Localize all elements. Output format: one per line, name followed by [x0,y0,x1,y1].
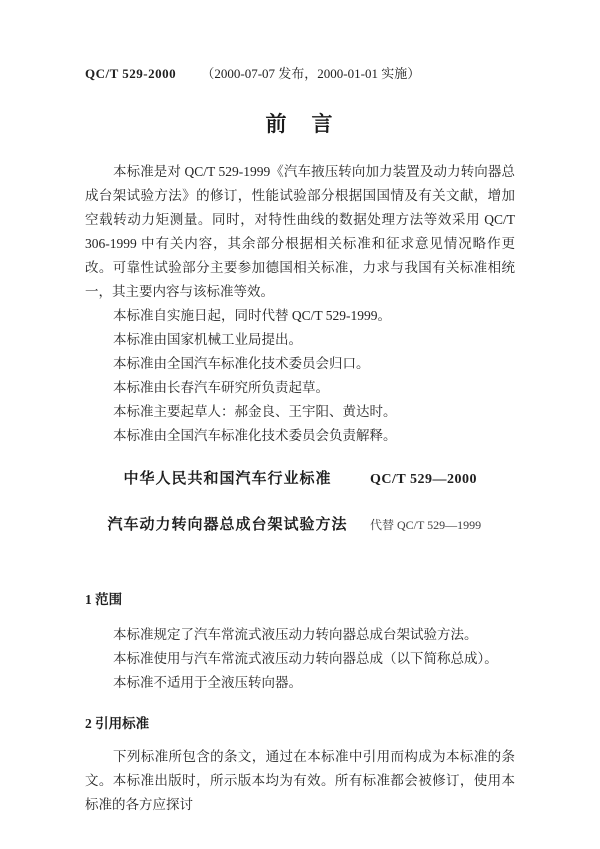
standard-class-row: 中华人民共和国汽车行业标准 QC/T 529—2000 [85,467,515,492]
replaces-note: 代替 QC/T 529—1999 [370,513,481,537]
foreword-paragraph: 本标准主要起草人：郝金良、王宇阳、黄达时。 [85,400,515,424]
standard-title: 汽车动力转向器总成台架试验方法 [85,513,370,537]
publish-implement-dates: （2000-07-07 发布，2000-01-01 实施） [201,66,420,81]
section-paragraph: 下列标准所包含的条文，通过在本标准中引用而构成为本标准的条文。本标准出版时，所示… [85,745,515,817]
foreword-paragraph: 本标准由全国汽车标准化技术委员会负责解释。 [85,424,515,448]
foreword-paragraph: 本标准由长春汽车研究所负责起草。 [85,376,515,400]
document-code: QC/T 529-2000 [85,66,176,81]
standard-number: QC/T 529—2000 [370,468,477,492]
foreword-body: 本标准是对 QC/T 529-1999《汽车掖压转向加力装置及动力转向器总成台架… [85,160,515,448]
document-page: QC/T 529-2000 （2000-07-07 发布，2000-01-01 … [0,0,600,849]
standard-class-label: 中华人民共和国汽车行业标准 [85,467,370,491]
foreword-paragraph: 本标准由国家机械工业局提出。 [85,328,515,352]
standard-title-row: 汽车动力转向器总成台架试验方法 代替 QC/T 529—1999 [85,513,515,537]
foreword-paragraph: 本标准由全国汽车标准化技术委员会归口。 [85,352,515,376]
foreword-paragraph: 本标准是对 QC/T 529-1999《汽车掖压转向加力装置及动力转向器总成台架… [85,160,515,304]
section-scope: 1 范围 本标准规定了汽车常流式液压动力转向器总成台架试验方法。 本标准使用与汽… [85,588,515,695]
section-heading-references: 2 引用标准 [85,712,515,736]
foreword-paragraph: 本标准自实施日起，同时代替 QC/T 529-1999。 [85,304,515,328]
section-paragraph: 本标准使用与汽车常流式液压动力转向器总成（以下简称总成）。 [85,647,515,671]
section-paragraph: 本标准不适用于全液压转向器。 [85,671,515,695]
section-paragraph: 本标准规定了汽车常流式液压动力转向器总成台架试验方法。 [85,623,515,647]
standard-title-block: 中华人民共和国汽车行业标准 QC/T 529—2000 汽车动力转向器总成台架试… [85,467,515,537]
section-referenced-standards: 2 引用标准 下列标准所包含的条文，通过在本标准中引用而构成为本标准的条文。本标… [85,712,515,817]
document-header: QC/T 529-2000 （2000-07-07 发布，2000-01-01 … [85,66,515,82]
foreword-title: 前 言 [85,110,515,138]
section-heading-scope: 1 范围 [85,588,515,612]
